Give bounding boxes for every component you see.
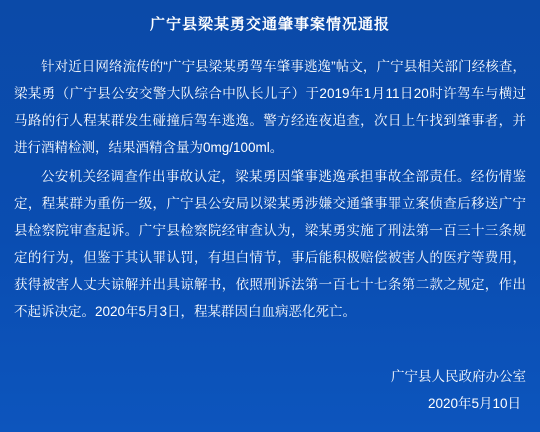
notice-paragraph-1: 针对近日网络流传的“广宁县梁某勇驾车肇事逃逸”帖文，广宁县相关部门经核查，梁某勇… [14,53,526,161]
signature-block: 广宁县人民政府办公室 2020年5月10日 [14,363,526,417]
signature-office: 广宁县人民政府办公室 [14,363,526,390]
signature-date: 2020年5月10日 [14,390,526,417]
notice-paragraph-2: 公安机关经调查作出事故认定，梁某勇因肇事逃逸承担事故全部责任。经伤情鉴定，程某群… [14,163,526,325]
notice-body: 针对近日网络流传的“广宁县梁某勇驾车肇事逃逸”帖文，广宁县相关部门经核查，梁某勇… [14,53,526,325]
notice-title: 广宁县梁某勇交通肇事案情况通报 [14,14,526,36]
notice-document: 广宁县梁某勇交通肇事案情况通报 针对近日网络流传的“广宁县梁某勇驾车肇事逃逸”帖… [0,0,540,432]
